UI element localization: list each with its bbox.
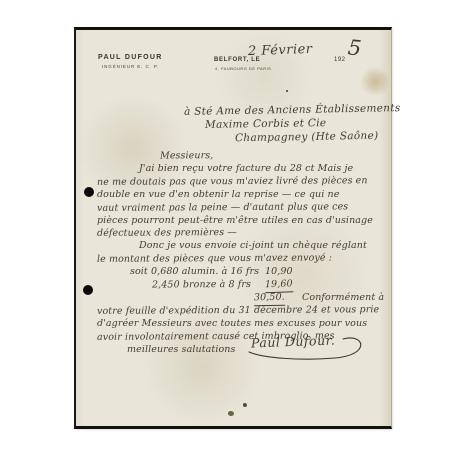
punch-hole-top xyxy=(84,187,94,197)
handwritten-year-digit: 5 xyxy=(347,35,363,60)
recipient-line-2: Maxime Corbis et Cie xyxy=(205,117,327,131)
body-line: ne me doutais pas que vous m'aviez livré… xyxy=(97,175,385,190)
body-line: double en vue d'en obtenir la reprise — … xyxy=(97,189,385,202)
signature-name: Paul Dufour. xyxy=(251,333,336,351)
invoice-total-line: 30,50. Conformément à xyxy=(97,292,385,305)
body-line: d'agréer Messieurs avec toutes mes excus… xyxy=(97,318,385,331)
greeting: Messieurs, xyxy=(97,149,385,164)
body-line: défectueux des premières — xyxy=(97,227,385,242)
punch-hole-bottom xyxy=(83,285,93,295)
letterhead-street-line: 4, Faubourg de Paris xyxy=(215,66,271,71)
sentence-continuation: Conformément à xyxy=(302,292,384,305)
body-line: vaut vraiment pas la peine — d'autant pl… xyxy=(97,201,385,216)
paper-speck xyxy=(243,403,247,407)
letter-paper: Paul Dufour Ingénieur E. C. P. Belfort, … xyxy=(74,27,392,429)
invoice-item-2: 2,450 bronze à 8 frs xyxy=(152,279,251,291)
scanned-letter-photo: Paul Dufour Ingénieur E. C. P. Belfort, … xyxy=(0,0,458,458)
recipient-line-3: Champagney (Hte Saône) xyxy=(235,130,379,145)
body-line: votre feuille d'expédition du 31 décembr… xyxy=(97,304,385,319)
signature-block: Paul Dufour. xyxy=(243,330,379,366)
invoice-line-2: 2,450 bronze à 8 frs 19,60 xyxy=(97,278,385,293)
recipient-line-1: à Sté Ame des Anciens Établissements xyxy=(184,102,401,118)
paper-speck xyxy=(228,411,234,416)
letter-body: Messieurs, J'ai bien reçu votre facture … xyxy=(97,150,385,356)
ink-dot xyxy=(286,90,288,92)
invoice-line-1: soit 0,680 alumin. à 16 frs 10,90 xyxy=(97,266,385,279)
invoice-item-1: soit 0,680 alumin. à 16 frs xyxy=(130,266,259,277)
handwritten-date: 2 Février xyxy=(248,42,313,59)
body-line: le montant des pièces que vous m'avez en… xyxy=(97,252,385,267)
body-line: J'ai bien reçu votre facture du 28 ct Ma… xyxy=(97,163,385,176)
letterhead-year-printed: 192 xyxy=(334,57,346,63)
letterhead-sender-name: Paul Dufour xyxy=(98,54,163,61)
body-line: Donc je vous envoie ci-joint un chèque r… xyxy=(97,240,385,253)
invoice-amount-1: 10,90 xyxy=(265,266,293,279)
letterhead-sender-title: Ingénieur E. C. P. xyxy=(102,64,159,69)
